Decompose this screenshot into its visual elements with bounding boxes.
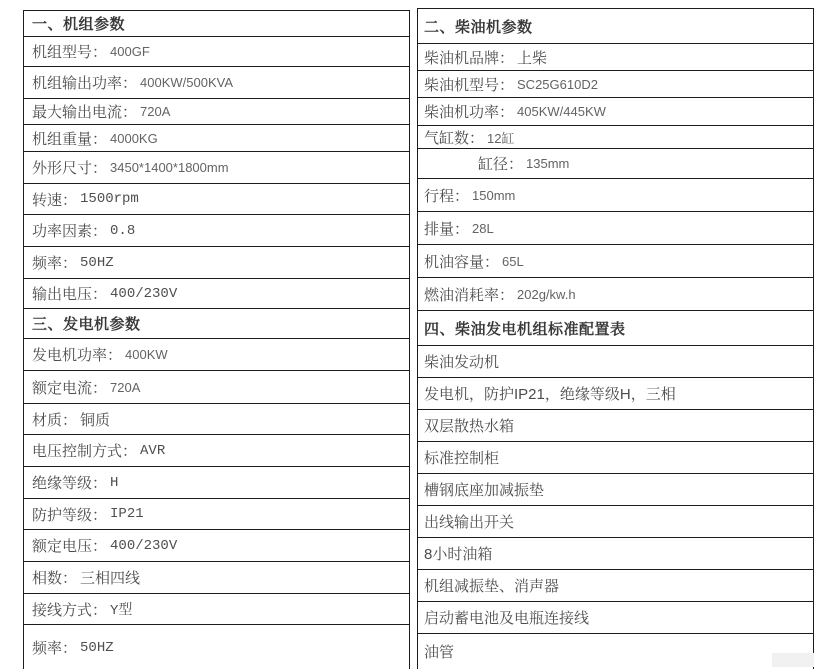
spec-row: 标准控制柜 — [418, 441, 813, 473]
spec-label: 柴油机品牌： — [424, 47, 514, 68]
spec-value: 400/230V — [110, 538, 177, 554]
spec-row: 出线输出开关 — [418, 505, 813, 537]
spec-value: 12缸 — [487, 128, 514, 147]
spec-row: 8小时油箱 — [418, 537, 813, 569]
spec-value: 65L — [502, 254, 524, 269]
section-header-label: 三、发电机参数 — [32, 313, 141, 334]
spec-row: 双层散热水箱 — [418, 409, 813, 441]
spec-row: 额定电流：720A — [24, 370, 409, 403]
spec-row: 柴油发动机 — [418, 345, 813, 377]
spec-label: 排量： — [424, 218, 469, 239]
spec-label: 启动蓄电池及电瓶连接线 — [424, 607, 589, 628]
section-header-row: 四、柴油发电机组标准配置表 — [418, 310, 813, 345]
spec-row: 频率：50HZ — [24, 624, 409, 669]
spec-row: 输出电压：400/230V — [24, 278, 409, 308]
spec-label: 燃油消耗率： — [424, 284, 514, 305]
section-header-label: 一、机组参数 — [32, 13, 125, 34]
spec-label: 发电机功率： — [32, 344, 122, 365]
spec-label: 气缸数： — [424, 127, 484, 148]
spec-value: 202g/kw.h — [517, 287, 576, 302]
spec-value: H — [110, 475, 118, 491]
spec-value: 135mm — [526, 156, 569, 171]
spec-row: 机组重量：4000KG — [24, 124, 409, 151]
spec-label: 防护等级： — [32, 504, 107, 525]
spec-row: 防护等级：IP21 — [24, 498, 409, 529]
spec-label: 标准控制柜 — [424, 447, 499, 468]
spec-label: 机组输出功率： — [32, 72, 137, 93]
spec-row: 气缸数：12缸 — [418, 125, 813, 148]
spec-row: 频率：50HZ — [24, 246, 409, 278]
spec-value: 4000KG — [110, 131, 158, 146]
spec-row: 机组型号：400GF — [24, 36, 409, 66]
spec-row: 接线方式：Y型 — [24, 593, 409, 624]
unit-and-alternator-params-table: 一、机组参数机组型号：400GF机组输出功率：400KW/500KVA最大输出电… — [23, 10, 410, 669]
spec-row: 相数：三相四线 — [24, 561, 409, 593]
spec-value: 400/230V — [110, 286, 177, 302]
spec-value: 150mm — [472, 188, 515, 203]
spec-row: 发电机，防护IP21，绝缘等级H，三相 — [418, 377, 813, 409]
spec-value: Y型 — [110, 599, 132, 619]
engine-and-config-table: 二、柴油机参数柴油机品牌：上柴柴油机型号：SC25G610D2柴油机功率：405… — [417, 8, 814, 669]
spec-value: 405KW/445KW — [517, 104, 606, 119]
spec-label: 电压控制方式： — [32, 440, 137, 461]
spec-label: 柴油发动机 — [424, 351, 499, 372]
spec-label: 机组重量： — [32, 128, 107, 149]
spec-value: 上柴 — [517, 47, 547, 68]
corner-artifact — [772, 653, 814, 667]
section-header-row: 三、发电机参数 — [24, 308, 409, 338]
spec-value: SC25G610D2 — [517, 77, 598, 92]
spec-label: 输出电压： — [32, 283, 107, 304]
section-header-row: 二、柴油机参数 — [418, 9, 813, 43]
section-header-label: 四、柴油发电机组标准配置表 — [424, 318, 626, 339]
spec-label: 相数： — [32, 567, 77, 588]
spec-row: 额定电压：400/230V — [24, 529, 409, 561]
spec-row: 排量：28L — [418, 211, 813, 244]
spec-row: 行程：150mm — [418, 178, 813, 211]
spec-row: 材质：铜质 — [24, 403, 409, 434]
spec-label: 柴油机型号： — [424, 74, 514, 95]
spec-label: 缸径： — [478, 153, 523, 174]
spec-label: 行程： — [424, 185, 469, 206]
spec-label: 材质： — [32, 409, 77, 430]
spec-label: 8小时油箱 — [424, 543, 492, 564]
spec-row: 功率因素：0.8 — [24, 214, 409, 246]
spec-row: 机组减振垫、消声器 — [418, 569, 813, 601]
spec-row: 柴油机型号：SC25G610D2 — [418, 70, 813, 97]
spec-label: 额定电流： — [32, 377, 107, 398]
spec-value: AVR — [140, 443, 165, 459]
spec-sheet: 一、机组参数机组型号：400GF机组输出功率：400KW/500KVA最大输出电… — [0, 0, 826, 669]
spec-label: 额定电压： — [32, 535, 107, 556]
spec-value: 720A — [140, 104, 170, 119]
section-header-row: 一、机组参数 — [24, 11, 409, 36]
spec-row: 外形尺寸：3450*1400*1800mm — [24, 151, 409, 183]
spec-value: 400KW — [125, 347, 168, 362]
spec-label: 频率： — [32, 637, 77, 658]
spec-value: 三相四线 — [80, 567, 140, 588]
spec-row: 燃油消耗率：202g/kw.h — [418, 277, 813, 310]
spec-row: 绝缘等级：H — [24, 466, 409, 498]
spec-label: 机组减振垫、消声器 — [424, 575, 559, 596]
spec-row: 缸径：135mm — [418, 148, 813, 178]
spec-row: 启动蓄电池及电瓶连接线 — [418, 601, 813, 633]
spec-value: 0.8 — [110, 223, 135, 239]
spec-label: 机组型号： — [32, 41, 107, 62]
spec-row: 转速：1500rpm — [24, 183, 409, 214]
spec-row: 油管 — [418, 633, 813, 669]
spec-label: 功率因素： — [32, 220, 107, 241]
spec-value: 1500rpm — [80, 191, 139, 207]
spec-label: 油管 — [424, 641, 454, 662]
spec-value: 50HZ — [80, 640, 114, 656]
spec-label: 发电机，防护IP21，绝缘等级H，三相 — [424, 383, 676, 404]
spec-value: 28L — [472, 221, 494, 236]
spec-label: 出线输出开关 — [424, 511, 514, 532]
spec-row: 发电机功率：400KW — [24, 338, 409, 370]
spec-value: 400KW/500KVA — [140, 75, 233, 90]
spec-label: 槽钢底座加减振垫 — [424, 479, 544, 500]
spec-row: 电压控制方式：AVR — [24, 434, 409, 466]
section-header-label: 二、柴油机参数 — [424, 16, 533, 37]
spec-value: 铜质 — [80, 409, 110, 430]
spec-label: 柴油机功率： — [424, 101, 514, 122]
spec-label: 外形尺寸： — [32, 157, 107, 178]
spec-row: 柴油机品牌：上柴 — [418, 43, 813, 70]
spec-label: 转速： — [32, 189, 77, 210]
spec-row: 机组输出功率：400KW/500KVA — [24, 66, 409, 98]
spec-row: 最大输出电流：720A — [24, 98, 409, 124]
spec-row: 机油容量：65L — [418, 244, 813, 277]
spec-value: 400GF — [110, 44, 150, 59]
spec-value: IP21 — [110, 506, 144, 522]
spec-label: 频率： — [32, 252, 77, 273]
spec-value: 50HZ — [80, 255, 114, 271]
spec-row: 槽钢底座加减振垫 — [418, 473, 813, 505]
spec-label: 最大输出电流： — [32, 101, 137, 122]
spec-label: 机油容量： — [424, 251, 499, 272]
spec-row: 柴油机功率：405KW/445KW — [418, 97, 813, 125]
spec-label: 双层散热水箱 — [424, 415, 514, 436]
spec-value: 720A — [110, 380, 140, 395]
spec-label: 绝缘等级： — [32, 472, 107, 493]
spec-value: 3450*1400*1800mm — [110, 160, 229, 175]
spec-label: 接线方式： — [32, 599, 107, 620]
